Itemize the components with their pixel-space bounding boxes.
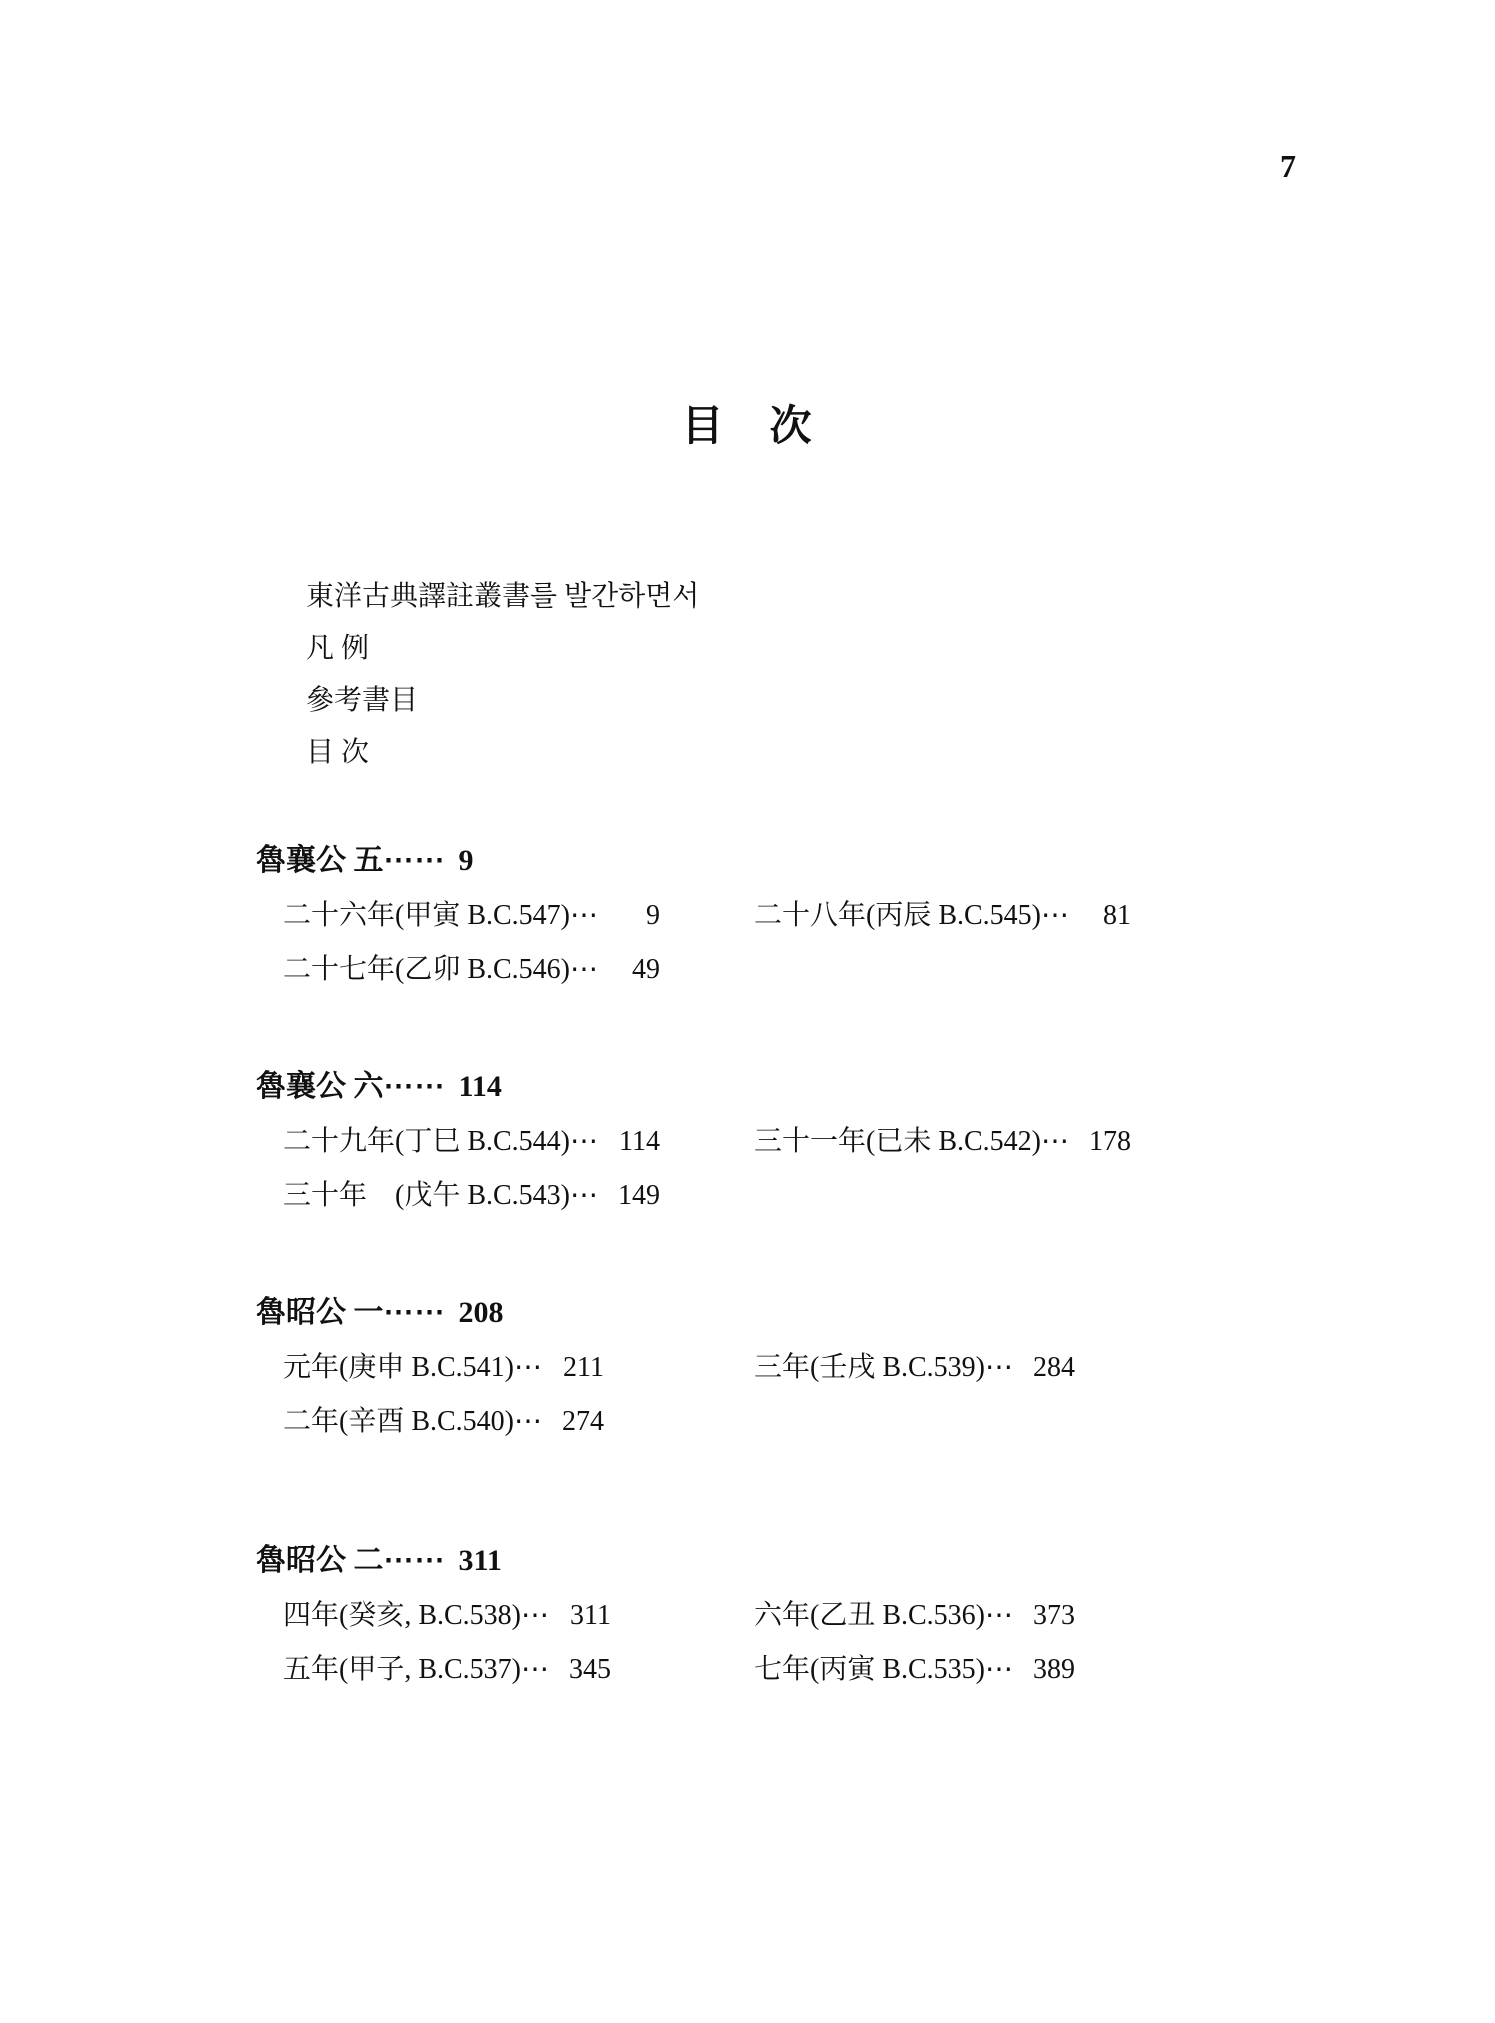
entry-page-number: 284 xyxy=(1017,1341,1075,1395)
toc-section: 魯襄公 五⋯⋯9 二十六年(甲寅 B.C.547)⋯9 二十七年(乙卯 B.C.… xyxy=(256,841,1256,997)
section-heading: 魯昭公 二⋯⋯311 xyxy=(256,1541,1256,1581)
dot-leader: ⋯⋯ xyxy=(384,1296,446,1329)
section-columns: 四年(癸亥, B.C.538)⋯311 五年(甲子, B.C.537)⋯345 … xyxy=(256,1589,1256,1697)
toc-section: 魯昭公 一⋯⋯208 元年(庚申 B.C.541)⋯211 二年(辛酉 B.C.… xyxy=(256,1293,1256,1449)
toc-entry: 五年(甲子, B.C.537)⋯345 xyxy=(283,1643,754,1697)
toc-section: 魯襄公 六⋯⋯114 二十九年(丁巳 B.C.544)⋯114 三十年 (戊午 … xyxy=(256,1067,1256,1223)
toc-entry: 四年(癸亥, B.C.538)⋯311 xyxy=(283,1589,754,1643)
page-title: 目 次 xyxy=(0,403,1495,451)
toc-entry: 二十六年(甲寅 B.C.547)⋯9 xyxy=(283,889,754,943)
section-heading: 魯昭公 一⋯⋯208 xyxy=(256,1293,1256,1333)
entry-label: 元年(庚申 B.C.541)⋯ xyxy=(283,1352,542,1383)
column-left: 二十九年(丁巳 B.C.544)⋯114 三十年 (戊午 B.C.543)⋯14… xyxy=(283,1115,754,1223)
front-matter-item: 東洋古典譯註叢書를 발간하면서 xyxy=(306,571,699,623)
section-page-number: 114 xyxy=(459,1070,502,1103)
column-right: 三年(壬戌 B.C.539)⋯284 xyxy=(754,1341,1194,1449)
front-matter-item: 凡 例 xyxy=(306,623,699,675)
toc-entry: 二十八年(丙辰 B.C.545)⋯81 xyxy=(754,889,1194,943)
entry-page-number: 345 xyxy=(553,1643,611,1697)
entry-label: 二十八年(丙辰 B.C.545)⋯ xyxy=(754,900,1069,931)
entry-page-number: 373 xyxy=(1017,1589,1075,1643)
column-left: 四年(癸亥, B.C.538)⋯311 五年(甲子, B.C.537)⋯345 xyxy=(283,1589,754,1697)
toc-entry: 元年(庚申 B.C.541)⋯211 xyxy=(283,1341,754,1395)
section-title: 魯昭公 一 xyxy=(256,1296,384,1329)
entry-label: 二十六年(甲寅 B.C.547)⋯ xyxy=(283,900,598,931)
book-toc-page: 7 目 次 東洋古典譯註叢書를 발간하면서 凡 例 參考書目 目 次 魯襄公 五… xyxy=(0,0,1495,2023)
entry-page-number: 178 xyxy=(1073,1115,1131,1169)
page-number: 7 xyxy=(1280,148,1296,184)
entry-label: 四年(癸亥, B.C.538)⋯ xyxy=(283,1600,549,1631)
entry-label: 六年(乙丑 B.C.536)⋯ xyxy=(754,1600,1013,1631)
section-page-number: 311 xyxy=(459,1544,502,1577)
dot-leader: ⋯⋯ xyxy=(384,1070,446,1103)
dot-leader: ⋯⋯ xyxy=(384,844,446,877)
entry-label: 三年(壬戌 B.C.539)⋯ xyxy=(754,1352,1013,1383)
entry-label: 五年(甲子, B.C.537)⋯ xyxy=(283,1654,549,1685)
section-columns: 二十六年(甲寅 B.C.547)⋯9 二十七年(乙卯 B.C.546)⋯49 二… xyxy=(256,889,1256,997)
toc-entry: 二年(辛酉 B.C.540)⋯274 xyxy=(283,1395,754,1449)
section-title: 魯襄公 六 xyxy=(256,1070,384,1103)
entry-page-number: 49 xyxy=(602,943,660,997)
toc-entry: 三十一年(已未 B.C.542)⋯178 xyxy=(754,1115,1194,1169)
front-matter-list: 東洋古典譯註叢書를 발간하면서 凡 例 參考書目 目 次 xyxy=(306,571,699,779)
section-title: 魯昭公 二 xyxy=(256,1544,384,1577)
section-columns: 元年(庚申 B.C.541)⋯211 二年(辛酉 B.C.540)⋯274 三年… xyxy=(256,1341,1256,1449)
toc-entry: 三十年 (戊午 B.C.543)⋯149 xyxy=(283,1169,754,1223)
toc-sections: 魯襄公 五⋯⋯9 二十六年(甲寅 B.C.547)⋯9 二十七年(乙卯 B.C.… xyxy=(256,841,1256,1767)
dot-leader: ⋯⋯ xyxy=(384,1544,446,1577)
entry-label: 三十一年(已未 B.C.542)⋯ xyxy=(754,1126,1069,1157)
entry-page-number: 274 xyxy=(546,1395,604,1449)
entry-label: 二年(辛酉 B.C.540)⋯ xyxy=(283,1406,542,1437)
section-heading: 魯襄公 六⋯⋯114 xyxy=(256,1067,1256,1107)
entry-label: 二十九年(丁巳 B.C.544)⋯ xyxy=(283,1126,598,1157)
column-right: 二十八年(丙辰 B.C.545)⋯81 xyxy=(754,889,1194,997)
toc-entry: 二十七年(乙卯 B.C.546)⋯49 xyxy=(283,943,754,997)
entry-page-number: 114 xyxy=(602,1115,660,1169)
section-page-number: 9 xyxy=(459,844,474,877)
toc-entry: 六年(乙丑 B.C.536)⋯373 xyxy=(754,1589,1194,1643)
entry-page-number: 311 xyxy=(553,1589,611,1643)
section-page-number: 208 xyxy=(459,1296,504,1329)
column-left: 二十六年(甲寅 B.C.547)⋯9 二十七年(乙卯 B.C.546)⋯49 xyxy=(283,889,754,997)
entry-page-number: 9 xyxy=(602,889,660,943)
front-matter-item: 參考書目 xyxy=(306,675,699,727)
column-right: 六年(乙丑 B.C.536)⋯373 七年(丙寅 B.C.535)⋯389 xyxy=(754,1589,1194,1697)
toc-entry: 三年(壬戌 B.C.539)⋯284 xyxy=(754,1341,1194,1395)
entry-page-number: 211 xyxy=(546,1341,604,1395)
entry-label: 二十七年(乙卯 B.C.546)⋯ xyxy=(283,954,598,985)
entry-label: 七年(丙寅 B.C.535)⋯ xyxy=(754,1654,1013,1685)
section-heading: 魯襄公 五⋯⋯9 xyxy=(256,841,1256,881)
column-right: 三十一年(已未 B.C.542)⋯178 xyxy=(754,1115,1194,1223)
toc-entry: 七年(丙寅 B.C.535)⋯389 xyxy=(754,1643,1194,1697)
entry-label: 三十年 (戊午 B.C.543)⋯ xyxy=(283,1180,598,1211)
toc-section: 魯昭公 二⋯⋯311 四年(癸亥, B.C.538)⋯311 五年(甲子, B.… xyxy=(256,1541,1256,1697)
entry-page-number: 389 xyxy=(1017,1643,1075,1697)
entry-page-number: 81 xyxy=(1073,889,1131,943)
section-title: 魯襄公 五 xyxy=(256,844,384,877)
section-columns: 二十九年(丁巳 B.C.544)⋯114 三十年 (戊午 B.C.543)⋯14… xyxy=(256,1115,1256,1223)
front-matter-item: 目 次 xyxy=(306,727,699,779)
toc-entry: 二十九年(丁巳 B.C.544)⋯114 xyxy=(283,1115,754,1169)
column-left: 元年(庚申 B.C.541)⋯211 二年(辛酉 B.C.540)⋯274 xyxy=(283,1341,754,1449)
entry-page-number: 149 xyxy=(602,1169,660,1223)
